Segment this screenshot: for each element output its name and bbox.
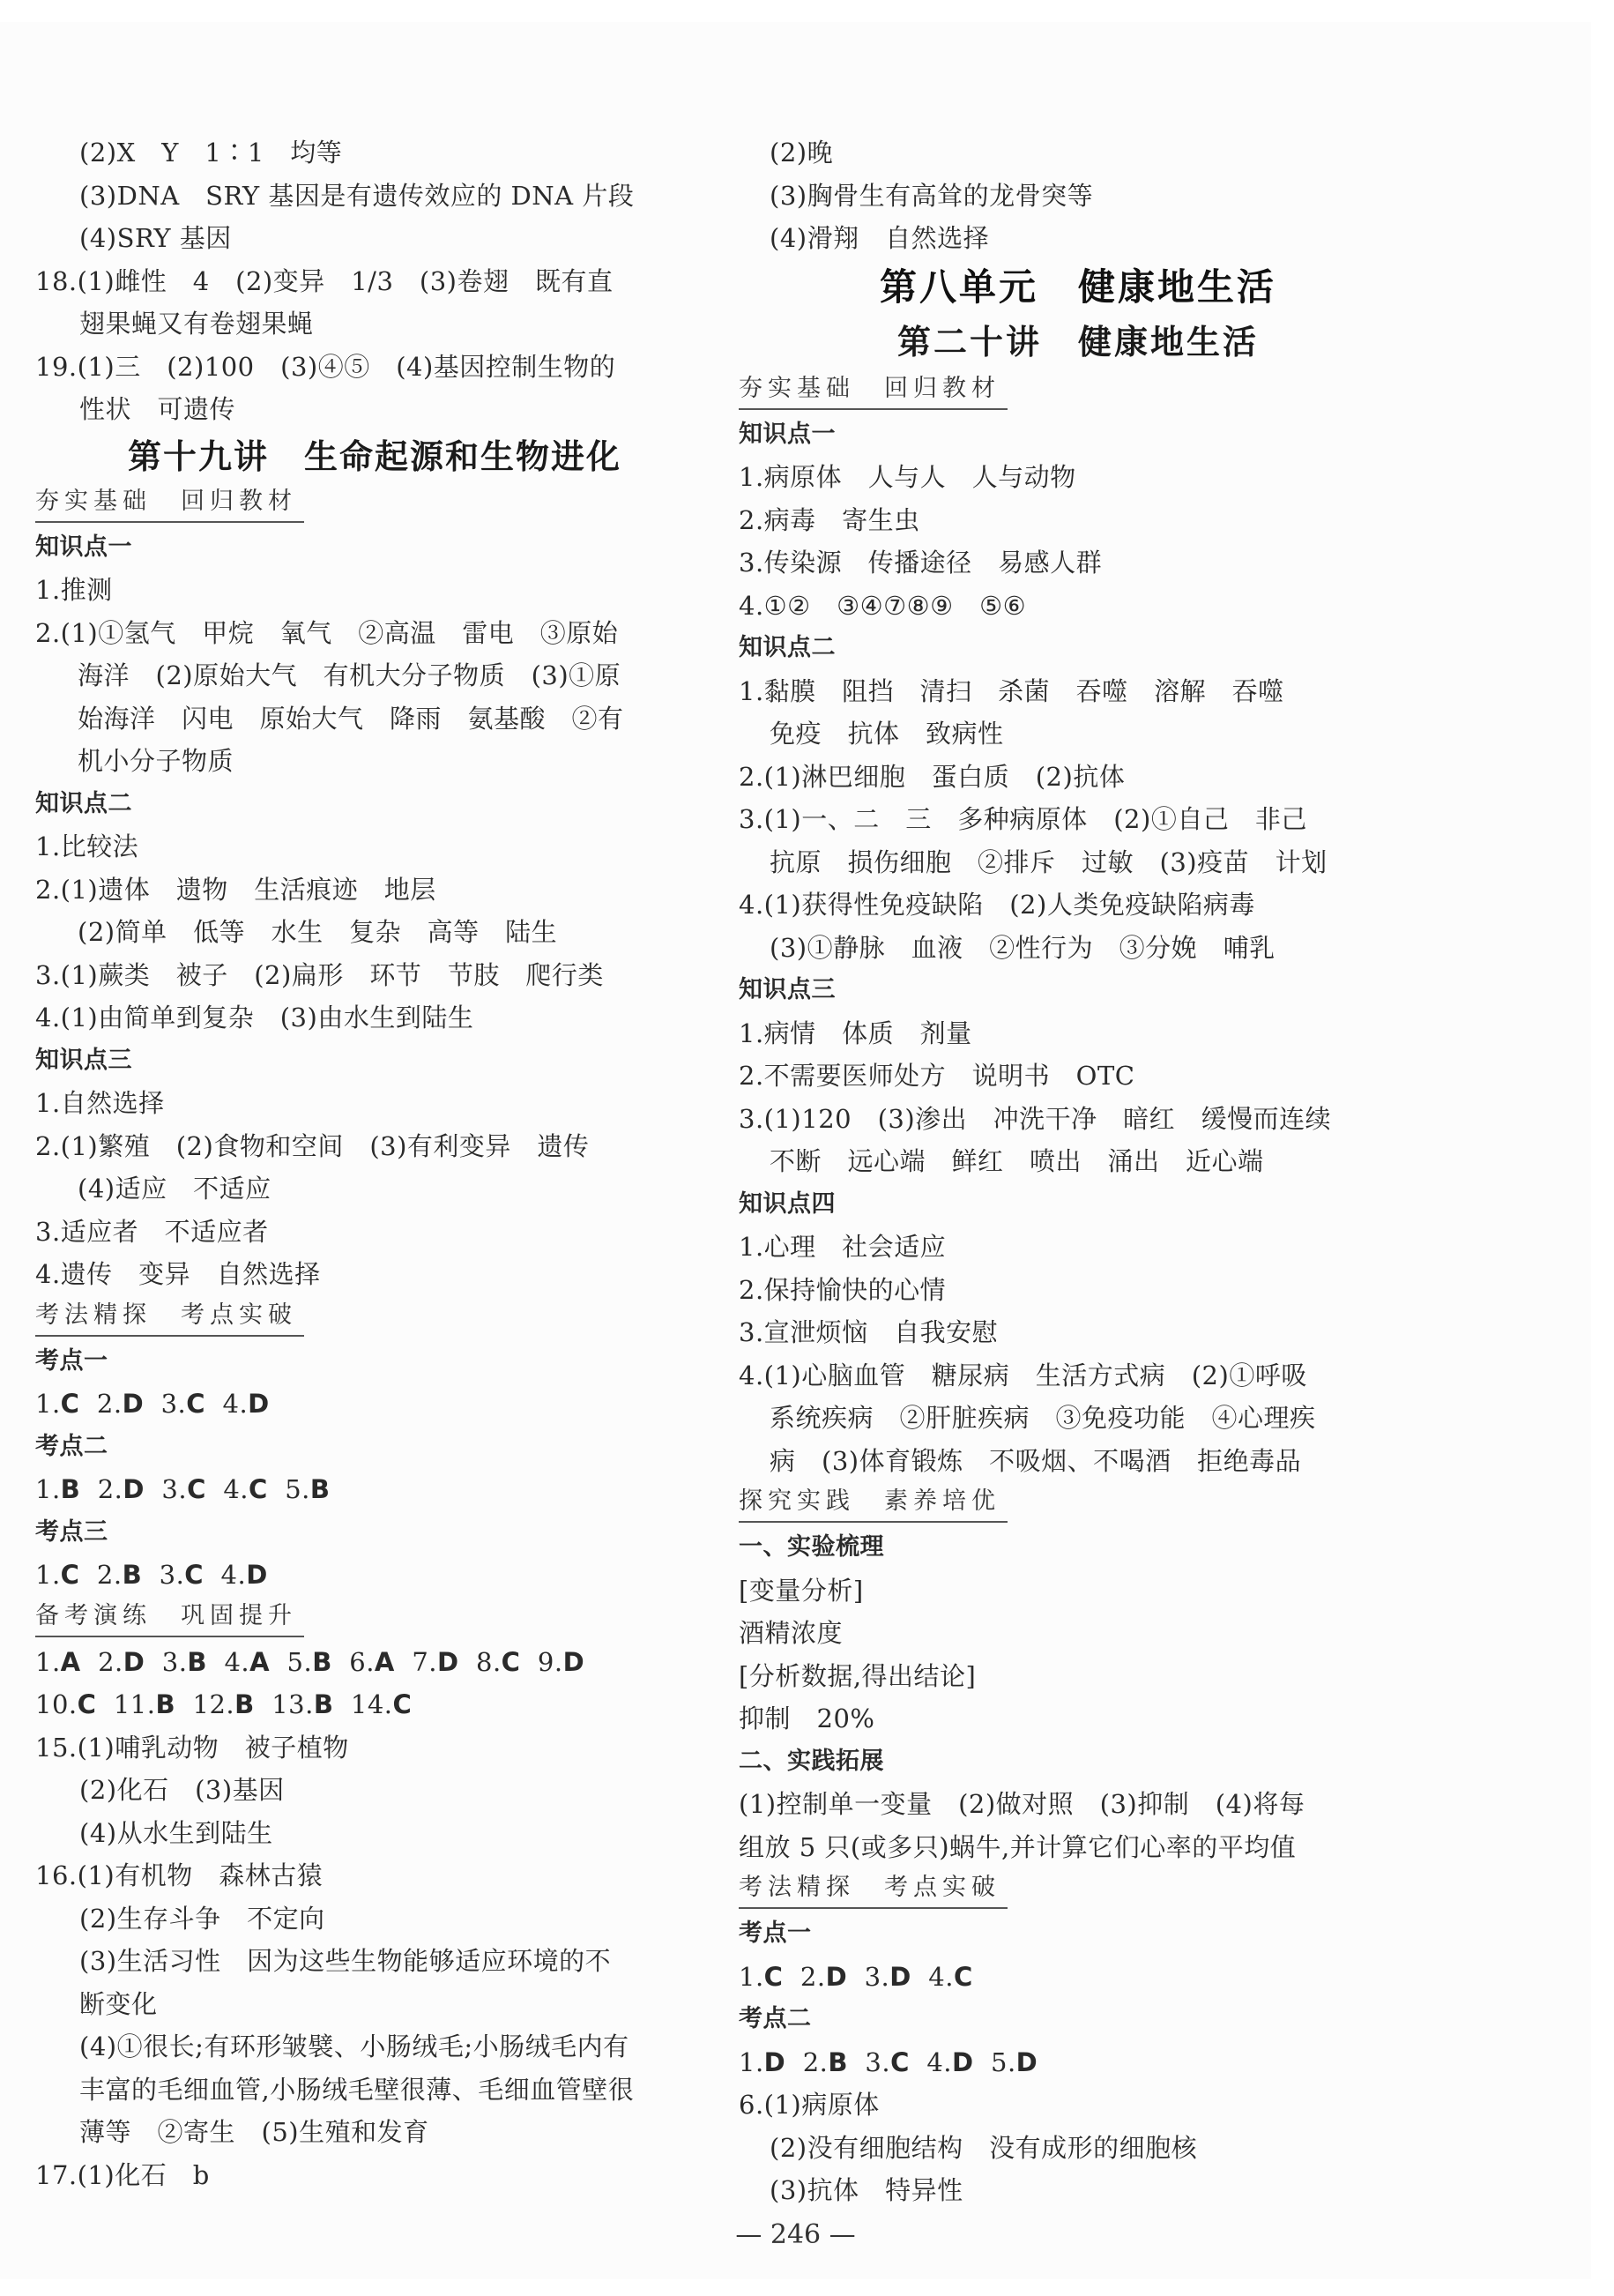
- choice-answer: 4.A: [224, 1647, 270, 1677]
- exam-point-title: 考点二: [35, 1426, 714, 1469]
- chapter-title: 第十九讲 生命起源和生物进化: [35, 431, 714, 482]
- answer-line: 始海洋 闪电 原始大气 降雨 氨基酸 ②有: [35, 697, 714, 741]
- left-column: (2)X Y 1∶1 均等 (3)DNA SRY 基因是有遗传效应的 DNA 片…: [35, 131, 714, 2196]
- choice-answer: 1.C: [35, 1389, 79, 1419]
- exam-point-title: 考点一: [739, 1912, 1417, 1956]
- answer-line: (2)生存斗争 不定向: [35, 1897, 714, 1941]
- choice-answer: 1.C: [739, 1962, 783, 1992]
- answer-line-q6: 6.(1)病原体: [739, 2084, 1417, 2127]
- answer-line: 酒精浓度: [739, 1612, 1417, 1655]
- answer-line-q18-cont: 翅果蝇又有卷翅果蝇: [35, 302, 714, 346]
- answer-line: 系统疾病 ②肝脏疾病 ③免疫功能 ④心理疾: [739, 1397, 1417, 1440]
- answer-line: (4)①很长;有环形皱襞、小肠绒毛;小肠绒毛内有: [35, 2025, 714, 2069]
- choice-answers: 1.C 2.D 3.D 4.C: [739, 1956, 1417, 1999]
- knowledge-point-title: 知识点四: [739, 1183, 1417, 1226]
- answer-line: 1.自然选择: [35, 1082, 714, 1125]
- answer-line: 1.病情 体质 剂量: [739, 1012, 1417, 1055]
- choice-answer: 3.C: [865, 2047, 909, 2077]
- choice-answer: 3.C: [161, 1389, 205, 1419]
- choice-answer: 2.D: [97, 1389, 144, 1419]
- knowledge-point-title: 知识点二: [739, 627, 1417, 670]
- section-header: 探究实践 素养培优: [739, 1482, 1008, 1523]
- answer-line: 薄等 ②寄生 (5)生殖和发育: [35, 2111, 714, 2154]
- section-header: 考法精探 考点实破: [739, 1868, 1008, 1909]
- answer-line: 2.病毒 寄生虫: [739, 499, 1417, 542]
- answer-line: [分析数据,得出结论]: [739, 1655, 1417, 1698]
- answer-line: (2)化石 (3)基因: [35, 1769, 714, 1812]
- choice-answer: 10.C: [35, 1689, 96, 1719]
- choice-answer: 4.C: [223, 1474, 267, 1504]
- answer-line-q19-cont: 性状 可遗传: [35, 388, 714, 431]
- choice-answer: 6.A: [349, 1647, 395, 1677]
- choice-answer: 5.D: [991, 2047, 1038, 2077]
- answer-line: (1)控制单一变量 (2)做对照 (3)抑制 (4)将每: [739, 1783, 1417, 1826]
- answer-line: 4.(1)获得性免疫缺陷 (2)人类免疫缺陷病毒: [739, 883, 1417, 927]
- answer-line: 海洋 (2)原始大气 有机大分子物质 (3)①原: [35, 654, 714, 697]
- answer-line: [变量分析]: [739, 1569, 1417, 1613]
- answer-line: 2.保持愉快的心情: [739, 1269, 1417, 1312]
- choice-answer: 1.D: [739, 2047, 785, 2077]
- unit-title: 第八单元 健康地生活: [739, 260, 1417, 315]
- choice-answer: 2.D: [98, 1474, 145, 1504]
- answer-line: 1.推测: [35, 569, 714, 612]
- answer-line: 4.遗传 变异 自然选择: [35, 1253, 714, 1296]
- choice-answer: 13.B: [271, 1689, 333, 1719]
- choice-answers: 1.C 2.D 3.C 4.D: [35, 1383, 714, 1426]
- answer-line: 2.(1)淋巴细胞 蛋白质 (2)抗体: [739, 756, 1417, 799]
- answer-line-q18: 18.(1)雌性 4 (2)变异 1/3 (3)卷翅 既有直: [35, 260, 714, 303]
- choice-answer: 9.D: [538, 1647, 584, 1677]
- answer-line: 丰富的毛细血管,小肠绒毛壁很薄、毛细血管壁很: [35, 2069, 714, 2112]
- answer-line: 4.①② ③④⑦⑧⑨ ⑤⑥: [739, 585, 1417, 628]
- choice-answer: 8.C: [476, 1647, 520, 1677]
- choice-answer: 3.C: [161, 1474, 205, 1504]
- choice-answers: 1.B 2.D 3.C 4.C 5.B: [35, 1468, 714, 1511]
- choice-answer: 4.C: [928, 1962, 972, 1992]
- section-header: 夯实基础 回归教材: [739, 369, 1008, 410]
- choice-answer: 5.B: [287, 1647, 332, 1677]
- exam-point-title: 考点一: [35, 1340, 714, 1383]
- choice-answer: 7.D: [412, 1647, 458, 1677]
- answer-line: 4.(1)由简单到复杂 (3)由水生到陆生: [35, 996, 714, 1040]
- lecture-title: 第二十讲 健康地生活: [739, 315, 1417, 369]
- choice-answer: 3.B: [162, 1647, 207, 1677]
- choice-answer: 2.B: [97, 1560, 142, 1590]
- knowledge-point-title: 知识点三: [35, 1040, 714, 1083]
- answer-line-q19: 19.(1)三 (2)100 (3)④⑤ (4)基因控制生物的: [35, 346, 714, 389]
- answer-line: 2.(1)繁殖 (2)食物和空间 (3)有利变异 遗传: [35, 1125, 714, 1168]
- answer-line: (4)适应 不适应: [35, 1167, 714, 1211]
- answer-line: (3)DNA SRY 基因是有遗传效应的 DNA 片段: [35, 175, 714, 218]
- answer-line: (3)生活习性 因为这些生物能够适应环境的不: [35, 1940, 714, 1983]
- section-header: 夯实基础 回归教材: [35, 482, 304, 523]
- section-header: 备考演练 巩固提升: [35, 1597, 304, 1637]
- choice-answer: 4.D: [223, 1389, 270, 1419]
- answer-line: 组放 5 只(或多只)蜗牛,并计算它们心率的平均值: [739, 1826, 1417, 1869]
- answer-line: (3)①静脉 血液 ②性行为 ③分娩 哺乳: [739, 927, 1417, 970]
- knowledge-point-title: 知识点二: [35, 783, 714, 826]
- choice-answer: 5.B: [285, 1474, 330, 1504]
- answer-line: (3)胸骨生有高耸的龙骨突等: [739, 175, 1417, 218]
- answer-line: 1.病原体 人与人 人与动物: [739, 456, 1417, 499]
- choice-answer: 12.B: [193, 1689, 255, 1719]
- answer-line: 2.(1)①氢气 甲烷 氧气 ②高温 雷电 ③原始: [35, 612, 714, 655]
- answer-line: 1.心理 社会适应: [739, 1226, 1417, 1269]
- choice-answers: 10.C 11.B 12.B 13.B 14.C: [35, 1683, 714, 1726]
- answer-line: (4)SRY 基因: [35, 217, 714, 260]
- knowledge-point-title: 知识点一: [739, 414, 1417, 457]
- choice-answer: 3.D: [865, 1962, 911, 1992]
- choice-answer: 2.D: [98, 1647, 145, 1677]
- answer-line: 病 (3)体育锻炼 不吸烟、不喝酒 拒绝毒品: [739, 1440, 1417, 1483]
- section-header: 考法精探 考点实破: [35, 1296, 304, 1337]
- answer-line: 3.(1)120 (3)渗出 冲洗干净 暗红 缓慢而连续: [739, 1098, 1417, 1141]
- answer-line: 2.(1)遗体 遗物 生活痕迹 地层: [35, 868, 714, 912]
- choice-answer: 2.D: [800, 1962, 847, 1992]
- right-column: (2)晚 (3)胸骨生有高耸的龙骨突等 (4)滑翔 自然选择 第八单元 健康地生…: [739, 131, 1417, 2212]
- answer-line: 4.(1)心脑血管 糖尿病 生活方式病 (2)①呼吸: [739, 1354, 1417, 1398]
- experiment-title: 二、实践拓展: [739, 1741, 1417, 1784]
- answer-key-page: (2)X Y 1∶1 均等 (3)DNA SRY 基因是有遗传效应的 DNA 片…: [0, 22, 1591, 2279]
- answer-line-q17: 17.(1)化石 b: [35, 2154, 714, 2197]
- answer-line: (2)简单 低等 水生 复杂 高等 陆生: [35, 911, 714, 954]
- answer-line: 3.(1)蕨类 被子 (2)扁形 环节 节肢 爬行类: [35, 954, 714, 997]
- answer-line: 断变化: [35, 1983, 714, 2026]
- knowledge-point-title: 知识点三: [739, 969, 1417, 1012]
- choice-answer: 1.B: [35, 1474, 80, 1504]
- choice-answer: 4.D: [221, 1560, 268, 1590]
- choice-answers: 1.D 2.B 3.C 4.D 5.D: [739, 2041, 1417, 2084]
- answer-line: (2)没有细胞结构 没有成形的细胞核: [739, 2127, 1417, 2170]
- answer-line: (2)晚: [739, 131, 1417, 175]
- answer-line: 抑制 20%: [739, 1697, 1417, 1741]
- choice-answer: 1.A: [35, 1647, 81, 1677]
- answer-line: 免疫 抗体 致病性: [739, 712, 1417, 756]
- choice-answer: 11.B: [114, 1689, 175, 1719]
- answer-line: 不断 远心端 鲜红 喷出 涌出 近心端: [739, 1140, 1417, 1183]
- choice-answer: 2.B: [803, 2047, 848, 2077]
- answer-line: 2.不需要医师处方 说明书 OTC: [739, 1055, 1417, 1098]
- choice-answers: 1.A 2.D 3.B 4.A 5.B 6.A 7.D 8.C 9.D: [35, 1641, 714, 1684]
- choice-answer: 3.C: [160, 1560, 204, 1590]
- answer-line-q15: 15.(1)哺乳动物 被子植物: [35, 1726, 714, 1770]
- answer-line: (3)抗体 特异性: [739, 2169, 1417, 2212]
- answer-line-q16: 16.(1)有机物 森林古猿: [35, 1854, 714, 1897]
- exam-point-title: 考点三: [35, 1511, 714, 1554]
- answer-line: (4)滑翔 自然选择: [739, 217, 1417, 260]
- answer-line: 抗原 损伤细胞 ②排斥 过敏 (3)疫苗 计划: [739, 841, 1417, 884]
- answer-line: (4)从水生到陆生: [35, 1812, 714, 1855]
- answer-line: 机小分子物质: [35, 740, 714, 783]
- choice-answers: 1.C 2.B 3.C 4.D: [35, 1554, 714, 1597]
- experiment-title: 一、实验梳理: [739, 1526, 1417, 1569]
- choice-answer: 4.D: [926, 2047, 973, 2077]
- choice-answer: 1.C: [35, 1560, 79, 1590]
- answer-line: (2)X Y 1∶1 均等: [35, 131, 714, 175]
- choice-answer: 14.C: [351, 1689, 412, 1719]
- answer-line: 3.适应者 不适应者: [35, 1211, 714, 1254]
- answer-line: 1.比较法: [35, 825, 714, 868]
- knowledge-point-title: 知识点一: [35, 526, 714, 570]
- answer-line: 3.传染源 传播途径 易感人群: [739, 541, 1417, 585]
- answer-line: 1.黏膜 阻挡 清扫 杀菌 吞噬 溶解 吞噬: [739, 670, 1417, 713]
- answer-line: 3.宣泄烦恼 自我安慰: [739, 1311, 1417, 1354]
- exam-point-title: 考点二: [739, 1998, 1417, 2041]
- answer-line: 3.(1)一、二 三 多种病原体 (2)①自己 非己: [739, 798, 1417, 841]
- page-number: — 246 —: [0, 2219, 1591, 2250]
